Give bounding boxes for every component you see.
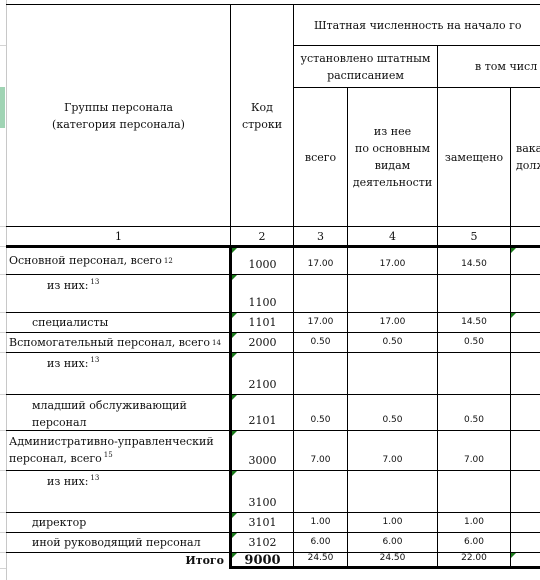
header-filled[interactable]: замещено — [438, 88, 510, 226]
header-including-label: в том числ — [475, 58, 537, 75]
row-label[interactable]: из них:13 — [7, 353, 229, 394]
value-cell-c3[interactable] — [294, 353, 347, 394]
header-staff-count-group[interactable]: Штатная численность на начало го — [294, 5, 540, 45]
header-main-activities-line1: из нее — [374, 123, 411, 140]
row-label-text-line2: персонал — [32, 416, 87, 429]
error-indicator-icon[interactable] — [511, 248, 516, 253]
header-total-label: всего — [305, 149, 336, 166]
row-label-text: Итого — [185, 553, 224, 568]
row-label-text: иной руководящий персонал — [32, 534, 201, 551]
value-cell-c6[interactable] — [511, 431, 540, 470]
grid-line — [437, 45, 438, 568]
grid-line-thick — [229, 245, 232, 569]
row-label[interactable]: Основной персонал, всего12 — [7, 247, 229, 274]
row-label[interactable]: из них:13 — [7, 275, 229, 312]
grid-line-thick — [6, 245, 540, 248]
header-staff-count-title: Штатная численность на начало го — [314, 17, 522, 34]
value-cell-c3[interactable]: 6.00 — [294, 533, 347, 552]
value-cell-c5[interactable]: 0.50 — [438, 395, 510, 430]
value-cell-c4[interactable]: 1.00 — [348, 513, 437, 532]
spreadsheet-grid[interactable]: Группы персонала (категория персонала) К… — [0, 0, 540, 580]
footnote-ref: 13 — [90, 277, 99, 287]
value-cell-c6[interactable] — [511, 533, 540, 552]
row-label-text: из них: — [47, 277, 88, 294]
error-indicator-icon[interactable] — [511, 553, 516, 558]
grid-line — [230, 4, 231, 246]
error-indicator-icon[interactable] — [232, 513, 237, 518]
value-cell-c5[interactable]: 14.50 — [438, 313, 510, 332]
header-row-code-line2: строки — [242, 116, 282, 133]
col-number-2[interactable]: 2 — [231, 227, 293, 246]
error-indicator-icon[interactable] — [232, 248, 237, 253]
row-code[interactable]: 3000 — [232, 431, 293, 470]
row-label-text: специалисты — [32, 314, 108, 331]
value-cell-c6[interactable] — [511, 333, 540, 352]
row-label-text: младший обслуживающий — [32, 397, 187, 414]
header-filled-label: замещено — [445, 149, 503, 166]
header-main-activities[interactable]: из нее по основным видам деятельности — [348, 88, 437, 226]
grid-line — [293, 45, 540, 46]
header-established-line1: установлено штатным — [301, 50, 431, 67]
header-total[interactable]: всего — [294, 88, 347, 226]
value-cell-c3[interactable]: 0.50 — [294, 333, 347, 352]
row-code[interactable]: 3100 — [232, 471, 293, 512]
error-indicator-icon[interactable] — [232, 353, 237, 358]
row-label-text: Административно-управленческий — [9, 433, 214, 450]
row-label-text: Вспомогательный персонал, всего — [9, 334, 210, 351]
header-row-code-line1: Код — [251, 99, 273, 116]
row-label[interactable]: специалисты — [7, 313, 229, 332]
row-code[interactable]: 2100 — [232, 353, 293, 394]
header-main-activities-line2: по основным — [355, 140, 430, 157]
header-main-activities-line3: видам — [375, 157, 410, 174]
value-cell-c6[interactable] — [511, 353, 540, 394]
footnote-ref: 13 — [90, 473, 99, 483]
col-number-5[interactable]: 5 — [438, 227, 510, 246]
grid-line — [293, 87, 540, 88]
error-indicator-icon[interactable] — [232, 533, 237, 538]
header-vacant-line2: долж — [516, 157, 540, 174]
value-cell-c3[interactable]: 1.00 — [294, 513, 347, 532]
footnote-ref: 12 — [164, 256, 173, 266]
grid-line — [510, 87, 511, 568]
row-code[interactable]: 1101 — [232, 313, 293, 332]
value-cell-c4[interactable]: 0.50 — [348, 395, 437, 430]
error-indicator-icon[interactable] — [232, 275, 237, 280]
header-including[interactable]: в том числ — [438, 46, 540, 87]
header-established-by-schedule[interactable]: установлено штатным расписанием — [294, 46, 437, 87]
value-cell-c4[interactable]: 0.50 — [348, 333, 437, 352]
value-cell-c5[interactable]: 1.00 — [438, 513, 510, 532]
row-label-text: Основной персонал, всего — [9, 252, 162, 269]
header-row-code[interactable]: Код строки — [231, 5, 293, 226]
grid-line — [347, 87, 348, 568]
value-cell-c4[interactable]: 17.00 — [348, 313, 437, 332]
row-label-text: директор — [32, 514, 86, 531]
row-label[interactable]: Административно-управленческийперсонал, … — [7, 431, 229, 470]
value-cell-c3[interactable]: 0.50 — [294, 395, 347, 430]
row-label[interactable]: директор — [7, 513, 229, 532]
row-label[interactable]: младший обслуживающийперсонал — [7, 395, 229, 430]
header-vacant[interactable]: вака долж — [511, 88, 540, 226]
row-label[interactable]: Вспомогательный персонал, всего14 — [7, 333, 229, 352]
value-cell-c5[interactable]: 6.00 — [438, 533, 510, 552]
row-label-text: из них: — [47, 473, 88, 490]
value-cell-c4[interactable]: 6.00 — [348, 533, 437, 552]
value-cell-c4[interactable] — [348, 275, 437, 312]
row-label[interactable]: иной руководящий персонал — [7, 533, 229, 552]
value-cell-c3[interactable]: 17.00 — [294, 247, 347, 274]
value-cell-c5[interactable]: 0.50 — [438, 333, 510, 352]
value-cell-c5[interactable] — [438, 275, 510, 312]
header-vacant-line1: вака — [516, 140, 540, 157]
error-indicator-icon[interactable] — [232, 395, 237, 400]
header-established-line2: расписанием — [327, 67, 404, 84]
col-number-1[interactable]: 1 — [7, 227, 230, 246]
value-cell-c6[interactable] — [511, 275, 540, 312]
header-personnel-group-title: Группы персонала — [64, 99, 173, 116]
error-indicator-icon[interactable] — [232, 471, 237, 476]
error-indicator-icon[interactable] — [511, 313, 516, 318]
value-cell-c4[interactable]: 17.00 — [348, 247, 437, 274]
error-indicator-icon[interactable] — [232, 333, 237, 338]
row-code[interactable]: 2000 — [232, 333, 293, 352]
header-personnel-group[interactable]: Группы персонала (категория персонала) — [7, 5, 230, 226]
row-label-text: из них: — [47, 355, 88, 372]
error-indicator-icon[interactable] — [232, 313, 237, 318]
row-label[interactable]: Итого — [7, 553, 229, 568]
value-cell-c5[interactable]: 14.50 — [438, 247, 510, 274]
value-cell-c5[interactable] — [438, 471, 510, 512]
value-cell-c5[interactable] — [438, 353, 510, 394]
value-cell-c3[interactable] — [294, 471, 347, 512]
grid-line — [6, 4, 540, 5]
row-code[interactable]: 3102 — [232, 533, 293, 552]
footnote-ref: 15 — [104, 451, 113, 459]
col-number-3[interactable]: 3 — [294, 227, 347, 246]
grid-line — [293, 4, 294, 568]
header-main-activities-line4: деятельности — [353, 174, 432, 191]
error-indicator-icon[interactable] — [232, 553, 237, 558]
grid-line — [6, 226, 540, 227]
header-personnel-group-subtitle: (категория персонала) — [52, 116, 185, 133]
value-cell-c3[interactable] — [294, 275, 347, 312]
footnote-ref: 13 — [90, 355, 99, 365]
value-cell-c4[interactable] — [348, 471, 437, 512]
row-code[interactable]: 1000 — [232, 247, 293, 274]
value-cell-c3[interactable]: 17.00 — [294, 313, 347, 332]
value-cell-c4[interactable] — [348, 353, 437, 394]
error-indicator-icon[interactable] — [232, 431, 237, 436]
grid-line-thick — [229, 566, 540, 569]
row-label[interactable]: из них:13 — [7, 471, 229, 512]
row-code[interactable]: 1100 — [232, 275, 293, 312]
value-cell-c4[interactable]: 7.00 — [348, 431, 437, 470]
value-cell-c6[interactable] — [511, 395, 540, 430]
value-cell-c6[interactable] — [511, 513, 540, 532]
value-cell-c6[interactable] — [511, 471, 540, 512]
row-label-text-line2: персонал, всего — [9, 452, 102, 465]
col-number-4[interactable]: 4 — [348, 227, 437, 246]
row-code[interactable]: 3101 — [232, 513, 293, 532]
footnote-ref: 14 — [212, 338, 221, 348]
value-cell-c5[interactable]: 7.00 — [438, 431, 510, 470]
value-cell-c3[interactable]: 7.00 — [294, 431, 347, 470]
row-code[interactable]: 2101 — [232, 395, 293, 430]
